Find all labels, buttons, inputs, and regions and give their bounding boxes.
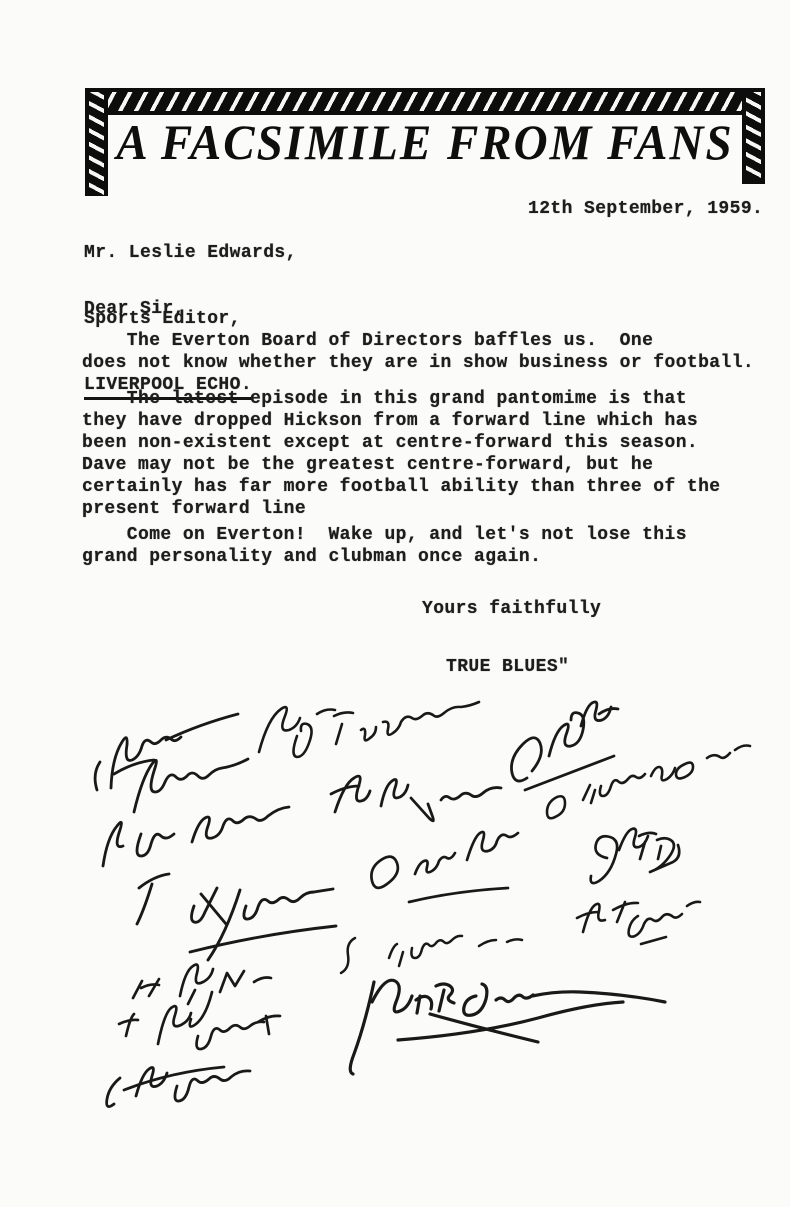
signature-thurner: [114, 759, 248, 812]
signature-john-b-conley: [350, 980, 665, 1074]
signature-g-jettey: [591, 829, 680, 883]
signatures-canvas: [0, 0, 790, 1207]
signature-om-lee: [371, 832, 518, 902]
signature-le-walker: [103, 807, 289, 866]
signature-a-turner: [577, 902, 700, 944]
signature-j-williams: [341, 936, 522, 973]
signature-b-griffiths: [511, 702, 618, 790]
signature-tc-kynaston: [137, 874, 336, 960]
signature-j-williamson: [547, 746, 750, 819]
signature-rg-titterton: [259, 702, 479, 757]
signature-j-heard: [107, 1067, 250, 1107]
letter-page: A FACSIMILE FROM FANS Mr. Leslie Edwards…: [0, 0, 790, 1207]
signature-d-harrison: [331, 776, 501, 821]
signature-wp-ryan: [133, 965, 271, 1027]
